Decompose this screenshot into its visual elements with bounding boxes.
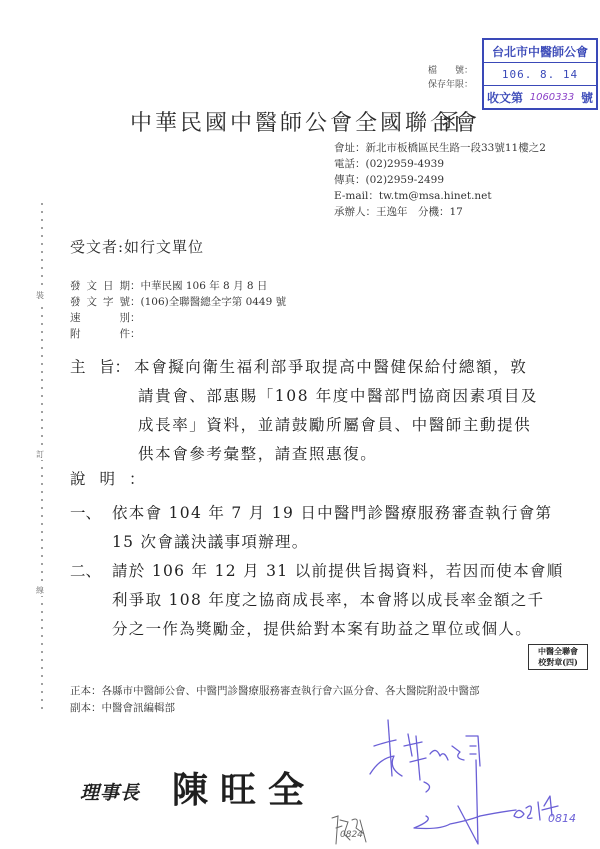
item-line: 分之一作為獎勵金，提供給對本案有助益之單位或個人。 xyxy=(112,615,564,644)
meta-attachment: 附件 ： xyxy=(70,326,286,342)
stamp-date: 106. 8. 14 xyxy=(484,62,596,85)
binding-mark-3: 線 xyxy=(36,586,44,596)
receipt-stamp: 台北市中醫師公會 106. 8. 14 收文第 1060333 號 xyxy=(482,38,598,110)
subject-line: 成長率」資料，並請鼓勵所屬會員、中醫師主動提供 xyxy=(134,411,550,440)
item-number: 二、 xyxy=(70,557,112,644)
verification-stamp: 中醫全聯會 校對章(四) xyxy=(528,644,588,670)
item-line: 依本會 104 年 7 月 19 日中醫門診醫療服務審查執行會第 xyxy=(112,499,552,528)
stamp-org: 台北市中醫師公會 xyxy=(484,40,596,62)
handwritten-initials-date: 0824 xyxy=(340,830,363,840)
file-fields: 檔 號： 保存年限： xyxy=(428,64,473,92)
meta-number: 發文字號 ：(106)全聯醫總全字第 0449 號 xyxy=(70,294,286,310)
meta-key: 附件 xyxy=(70,326,130,342)
explanation-item: 二、 請於 106 年 12 月 31 以前提供旨揭資料，若因而使本會順 利爭取… xyxy=(70,557,564,644)
binding-mark-2: 訂 xyxy=(36,450,44,460)
explanation-item: 一、 依本會 104 年 7 月 19 日中醫門診醫療服務審查執行會第 15 次… xyxy=(70,499,564,557)
handwritten-annotation-date: 0814 xyxy=(548,812,576,825)
subject-line: 本會擬向衛生福利部爭取提高中醫健保給付總額，敦 xyxy=(134,353,550,382)
contact-fax: 傳真：(02)2959-2499 xyxy=(334,172,546,188)
meta-value: ：(106)全聯醫總全字第 0449 號 xyxy=(130,294,286,310)
item-number: 一、 xyxy=(70,499,112,557)
stamp-received-number: 1060333 xyxy=(530,92,575,103)
meta-key: 速別 xyxy=(70,310,130,326)
subject-label-b: 旨： xyxy=(99,353,130,469)
subject-line: 請貴會、部惠賜「108 年度中醫部門協商因素項目及 xyxy=(134,382,550,411)
subject-label-a: 主 xyxy=(70,353,86,469)
document-type: 函 xyxy=(438,106,460,137)
stamp-received-suffix: 號 xyxy=(581,89,593,106)
contact-phone: 電話：(02)2959-4939 xyxy=(334,156,546,172)
meta-value: ：中華民國 106 年 8 月 8 日 xyxy=(130,278,267,294)
meta-speed: 速別 ： xyxy=(70,310,286,326)
meta-date: 發文日期 ：中華民國 106 年 8 月 8 日 xyxy=(70,278,286,294)
file-number-label: 檔 號： xyxy=(428,64,473,78)
subject-label: 主 旨： xyxy=(70,353,134,469)
binding-mark-1: 裝 xyxy=(36,291,44,301)
contact-block: 會址：新北市板橋區民生路一段33號11樓之2 電話：(02)2959-4939 … xyxy=(334,140,546,220)
document-meta: 發文日期 ：中華民國 106 年 8 月 8 日 發文字號 ：(106)全聯醫總… xyxy=(70,278,286,342)
binding-line: 裝 訂 線 xyxy=(39,200,45,710)
verification-line-1: 中醫全聯會 xyxy=(529,646,587,657)
distribution-block: 正本：各縣市中醫師公會、中醫門診醫療服務審查執行會六區分會、各大醫院附設中醫部 … xyxy=(70,683,480,717)
signer-name: 陳旺全 xyxy=(172,762,316,813)
meta-value: ： xyxy=(130,310,141,326)
subject-line: 供本會參考彙整，請查照惠復。 xyxy=(134,440,550,469)
subject-section: 主 旨： 本會擬向衛生福利部爭取提高中醫健保給付總額，敦 請貴會、部惠賜「108… xyxy=(70,353,550,469)
recipient: 受文者:如行文單位 xyxy=(70,236,204,257)
handwritten-annotation-icon xyxy=(330,716,600,849)
item-line: 15 次會議決議事項辦理。 xyxy=(112,528,552,557)
distribution-original: 正本：各縣市中醫師公會、中醫門診醫療服務審查執行會六區分會、各大醫院附設中醫部 xyxy=(70,683,480,700)
stamp-received: 收文第 1060333 號 xyxy=(484,85,596,108)
item-line: 請於 106 年 12 月 31 以前提供旨揭資料，若因而使本會順 xyxy=(112,557,564,586)
item-line: 利爭取 108 年度之協商成長率，本會將以成長率金額之千 xyxy=(112,586,564,615)
contact-email: E-mail：tw.tm@msa.hinet.net xyxy=(334,188,546,204)
subject-text: 本會擬向衛生福利部爭取提高中醫健保給付總額，敦 請貴會、部惠賜「108 年度中醫… xyxy=(134,353,550,469)
meta-key: 發文日期 xyxy=(70,278,130,294)
retention-label: 保存年限： xyxy=(428,78,473,92)
meta-key: 發文字號 xyxy=(70,294,130,310)
contact-handler: 承辦人：王逸年 分機：17 xyxy=(334,204,546,220)
meta-value: ： xyxy=(130,326,141,342)
signer-title: 理事長 xyxy=(80,778,140,805)
stamp-received-label: 收文第 xyxy=(487,89,523,106)
distribution-copy: 副本：中醫會訊編輯部 xyxy=(70,700,480,717)
verification-line-2: 校對章(四) xyxy=(529,657,587,668)
contact-address: 會址：新北市板橋區民生路一段33號11樓之2 xyxy=(334,140,546,156)
explanation-heading: 說明： xyxy=(70,467,159,489)
organization-title: 中華民國中醫師公會全國聯合會 xyxy=(130,106,480,137)
explanation-items: 一、 依本會 104 年 7 月 19 日中醫門診醫療服務審查執行會第 15 次… xyxy=(70,499,564,644)
